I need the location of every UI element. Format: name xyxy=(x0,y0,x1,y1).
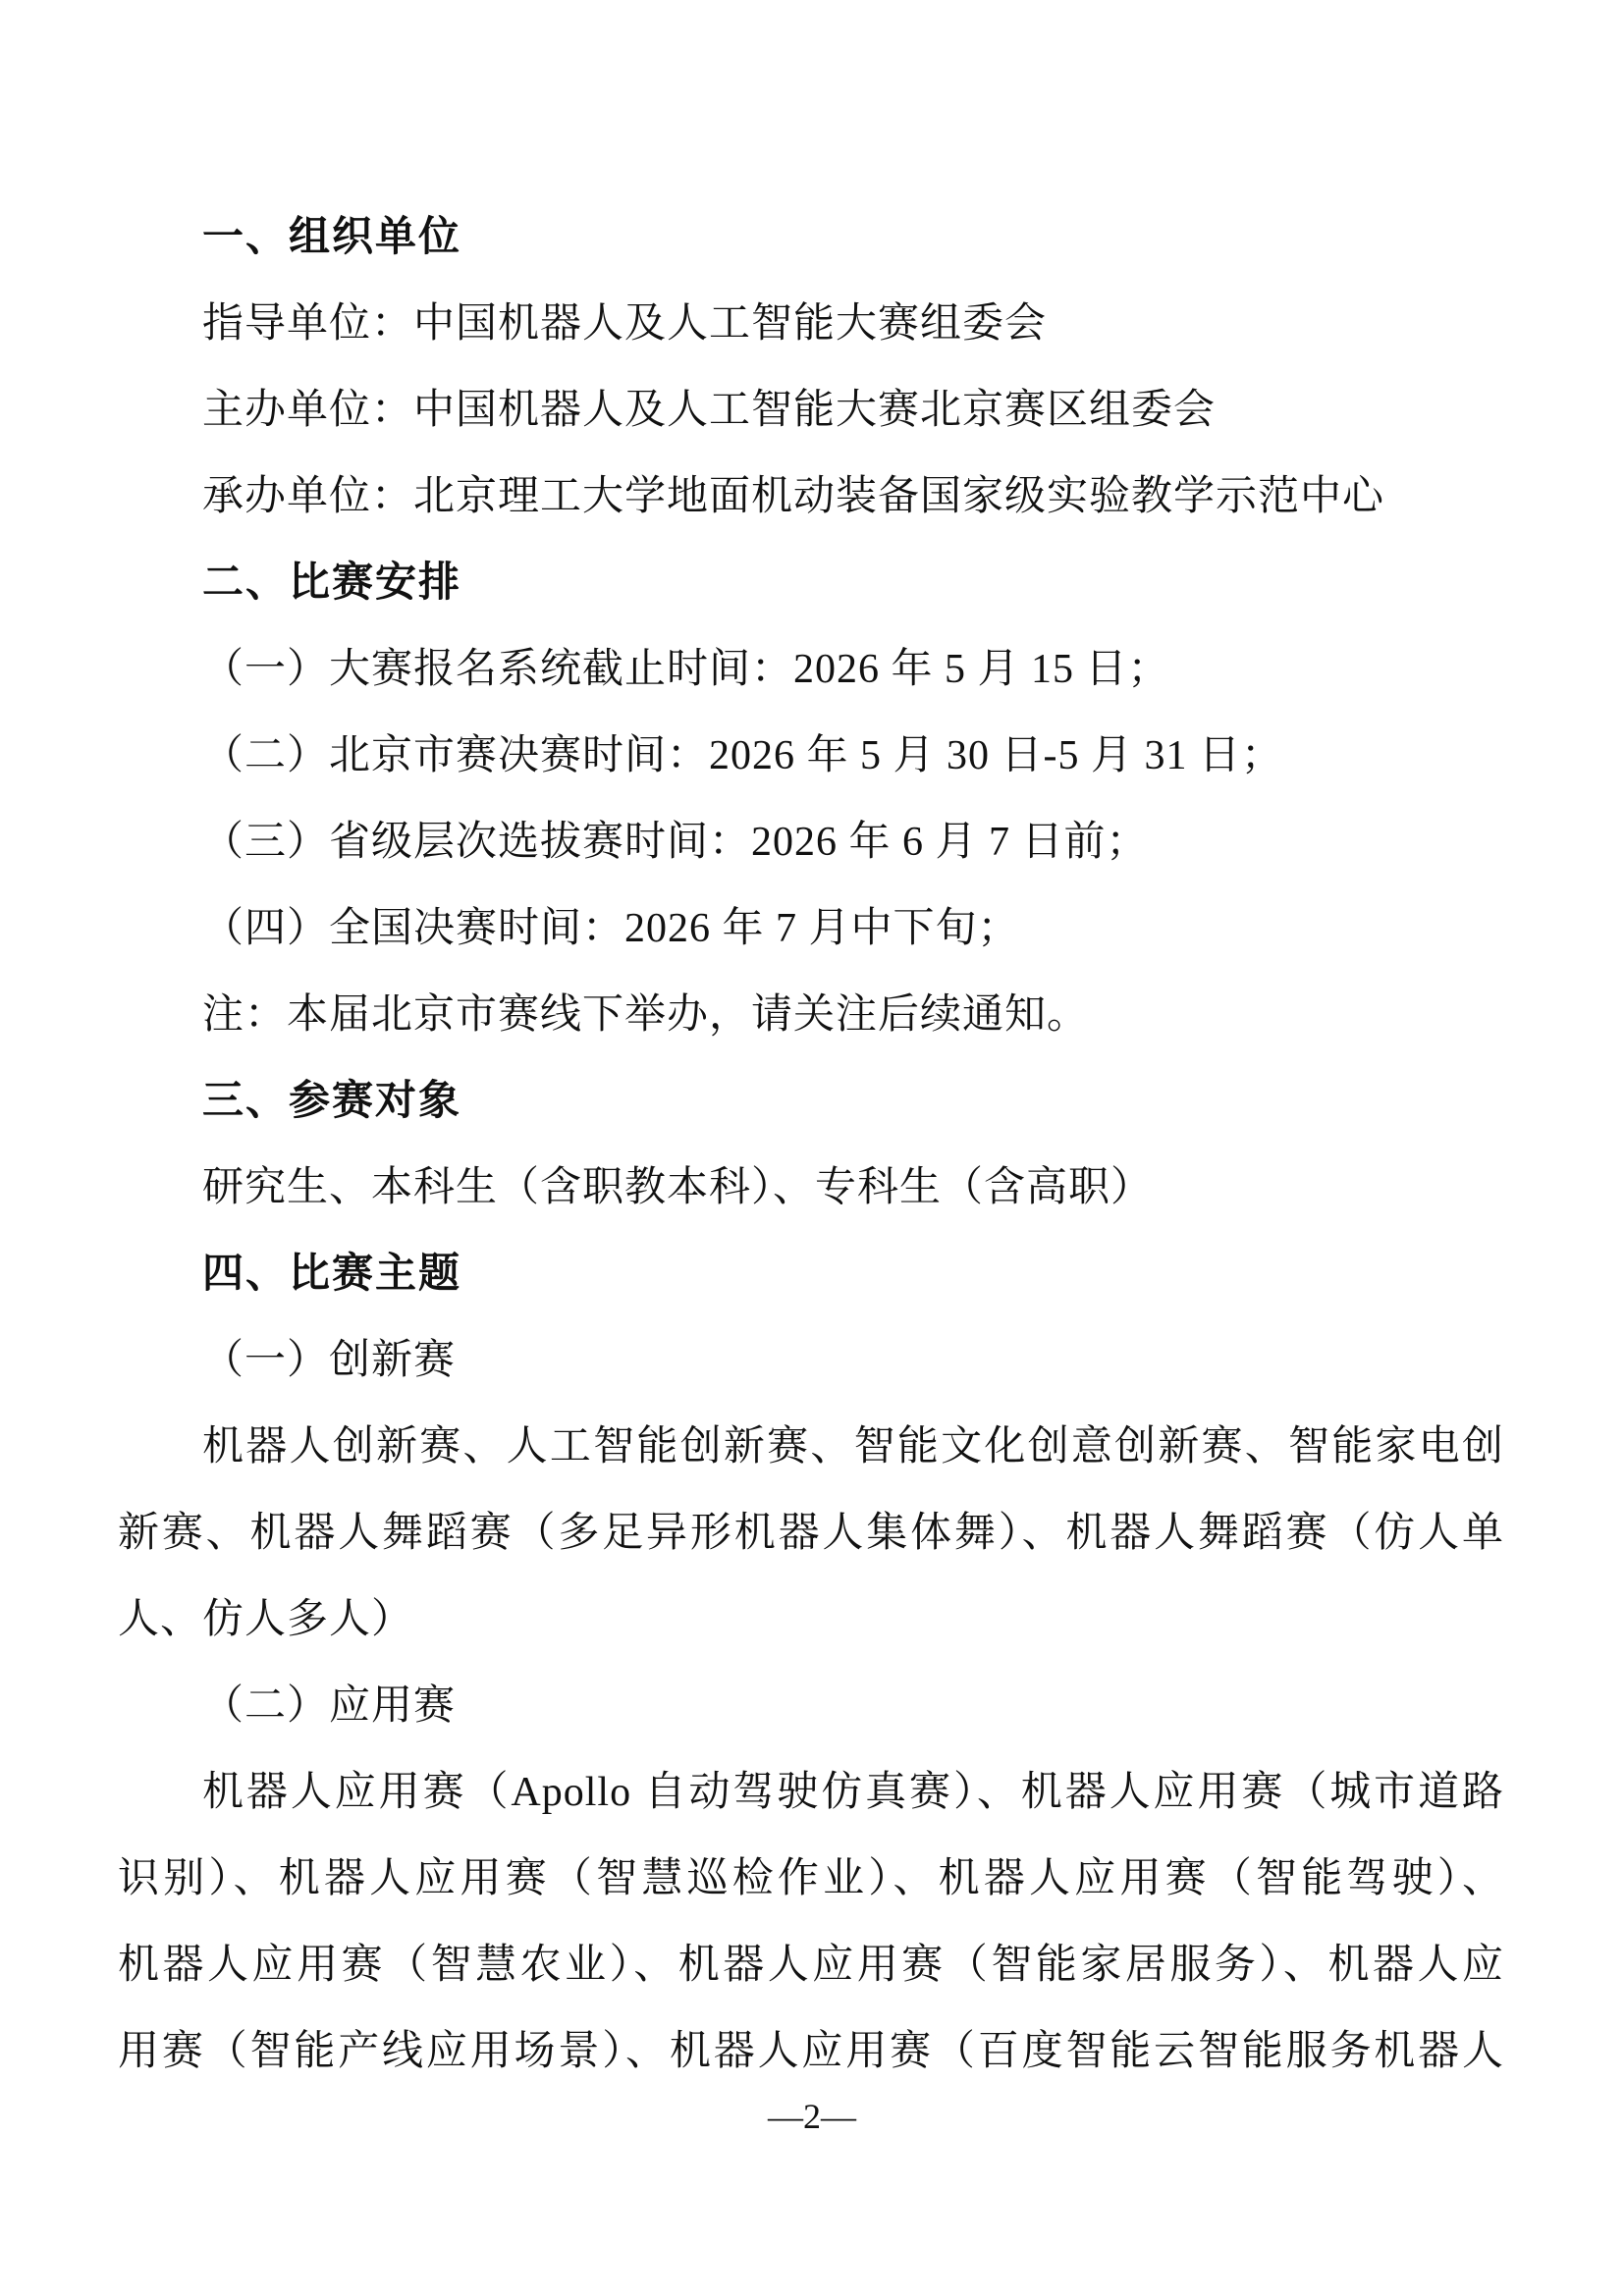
document-page: 一、组织单位 指导单位：中国机器人及人工智能大赛组委会 主办单位：中国机器人及人… xyxy=(0,0,1624,2296)
body-line: 注：本届北京市赛线下举办，请关注后续通知。 xyxy=(118,972,1504,1058)
paragraph-line: 机器人应用赛（智慧农业）、机器人应用赛（智能家居服务）、机器人应 xyxy=(118,1922,1504,2008)
paragraph-line: 识别）、机器人应用赛（智慧巡检作业）、机器人应用赛（智能驾驶）、 xyxy=(118,1836,1504,1922)
body-line: （四）全国决赛时间：2026 年 7 月中下旬； xyxy=(118,885,1504,972)
subsection-heading: （一）创新赛 xyxy=(118,1317,1504,1404)
section-schedule: 二、比赛安排 （一）大赛报名系统截止时间：2026 年 5 月 15 日； （二… xyxy=(118,540,1504,1058)
section-heading: 一、组织单位 xyxy=(118,194,1504,281)
section-organizers: 一、组织单位 指导单位：中国机器人及人工智能大赛组委会 主办单位：中国机器人及人… xyxy=(118,194,1504,540)
section-heading: 三、参赛对象 xyxy=(118,1058,1504,1145)
body-line: 承办单位：北京理工大学地面机动装备国家级实验教学示范中心 xyxy=(118,454,1504,540)
paragraph-line: 新赛、机器人舞蹈赛（多足异形机器人集体舞）、机器人舞蹈赛（仿人单 xyxy=(118,1490,1504,1576)
body-line: 研究生、本科生（含职教本科）、专科生（含高职） xyxy=(118,1145,1504,1231)
subsection-heading: （二）应用赛 xyxy=(118,1663,1504,1749)
body-line: （二）北京市赛决赛时间：2026 年 5 月 30 日-5 月 31 日； xyxy=(118,713,1504,799)
paragraph-line: 人、仿人多人） xyxy=(118,1576,1504,1663)
document-body: 一、组织单位 指导单位：中国机器人及人工智能大赛组委会 主办单位：中国机器人及人… xyxy=(118,194,1504,2095)
body-line: 主办单位：中国机器人及人工智能大赛北京赛区组委会 xyxy=(118,367,1504,454)
body-line: （三）省级层次选拔赛时间：2026 年 6 月 7 日前； xyxy=(118,799,1504,885)
body-line: （一）大赛报名系统截止时间：2026 年 5 月 15 日； xyxy=(118,626,1504,713)
section-heading: 四、比赛主题 xyxy=(118,1231,1504,1317)
paragraph-line: 机器人应用赛（Apollo 自动驾驶仿真赛）、机器人应用赛（城市道路 xyxy=(118,1749,1504,1836)
section-participants: 三、参赛对象 研究生、本科生（含职教本科）、专科生（含高职） xyxy=(118,1058,1504,1231)
body-line: 指导单位：中国机器人及人工智能大赛组委会 xyxy=(118,281,1504,367)
paragraph-line: 机器人创新赛、人工智能创新赛、智能文化创意创新赛、智能家电创 xyxy=(118,1404,1504,1490)
section-themes: 四、比赛主题 （一）创新赛 机器人创新赛、人工智能创新赛、智能文化创意创新赛、智… xyxy=(118,1231,1504,2095)
section-heading: 二、比赛安排 xyxy=(118,540,1504,626)
paragraph-line: 用赛（智能产线应用场景）、机器人应用赛（百度智能云智能服务机器人 xyxy=(118,2008,1504,2095)
page-number: —2— xyxy=(0,2089,1624,2144)
